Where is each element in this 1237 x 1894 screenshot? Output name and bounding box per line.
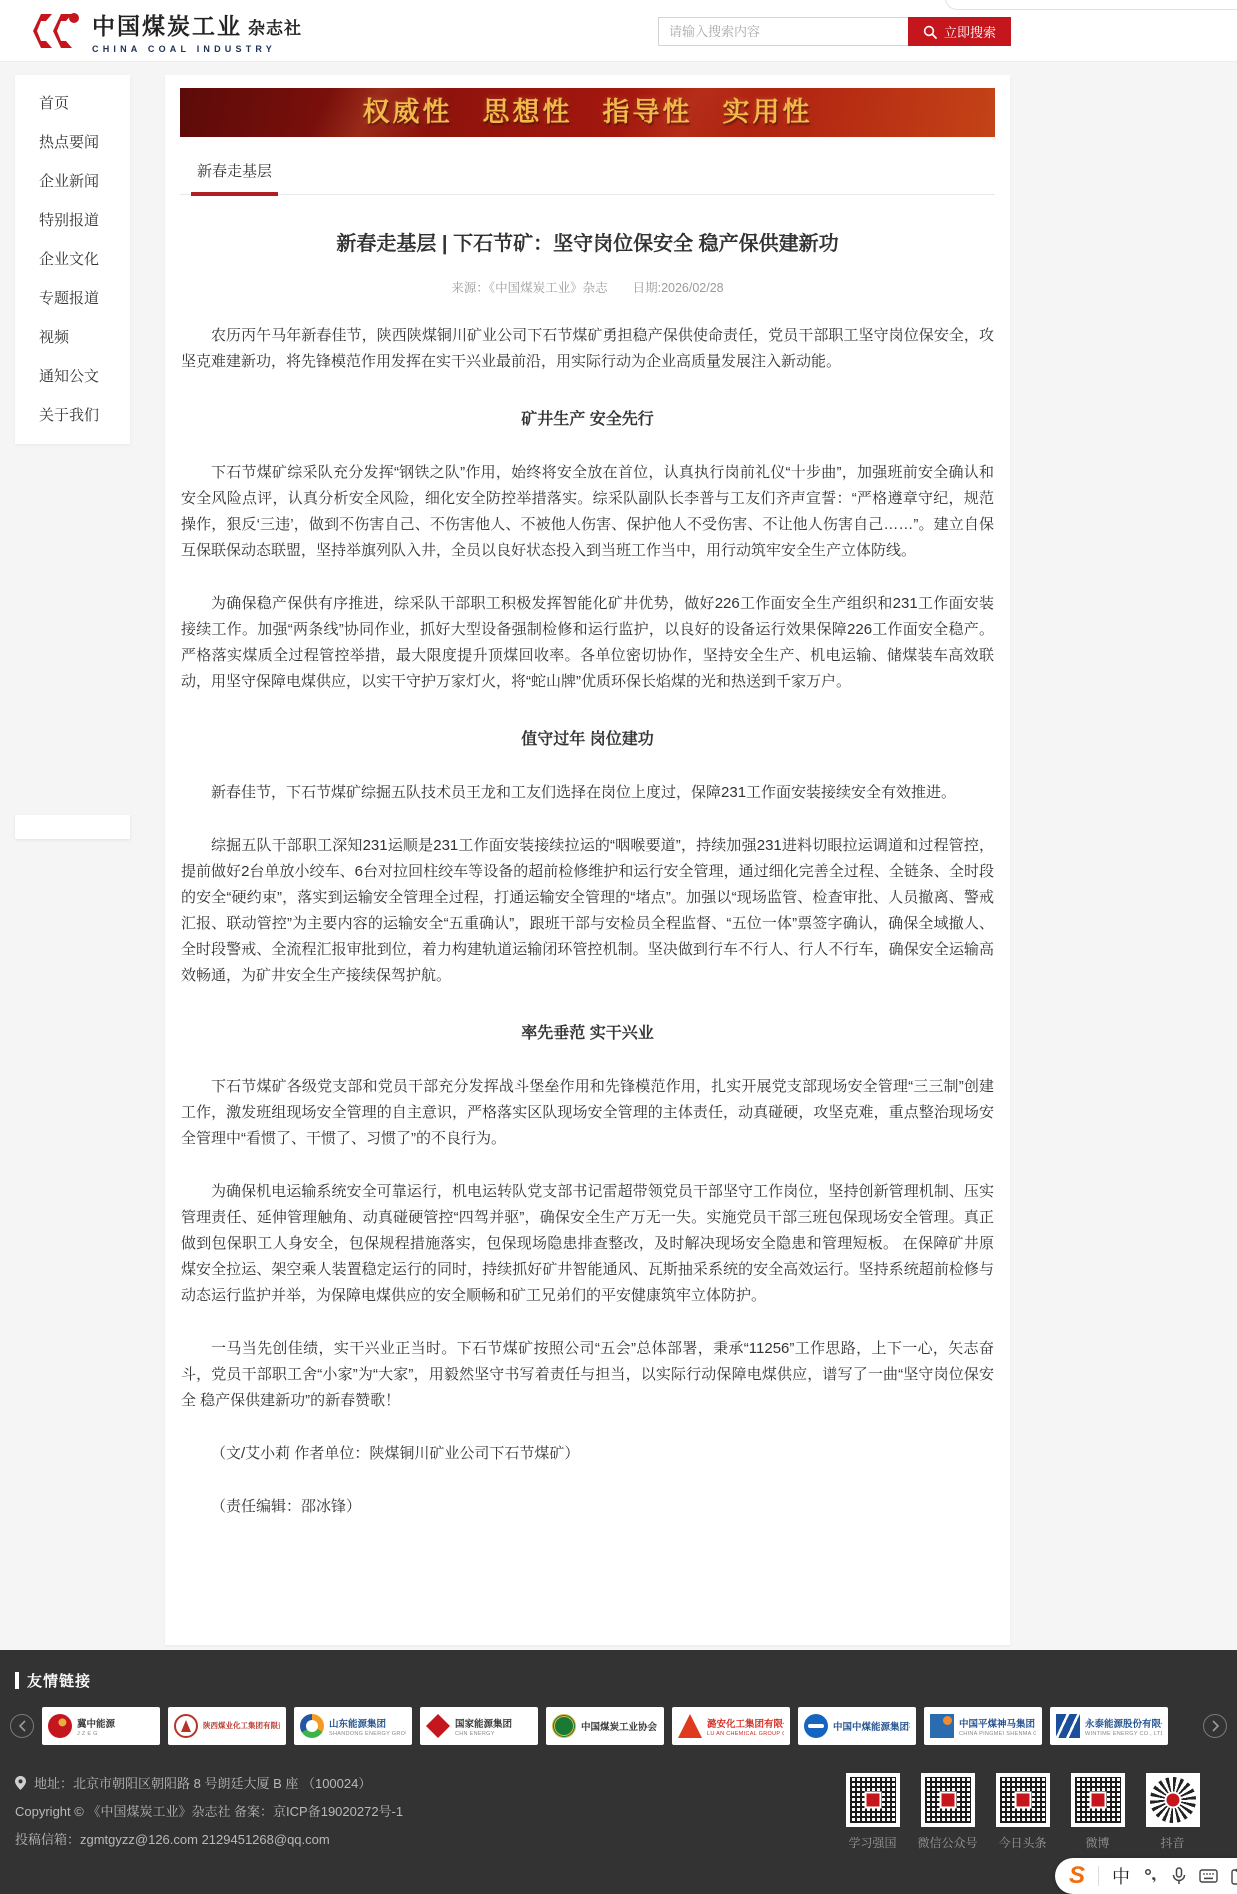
article-paragraph: 下石节煤矿综采队充分发挥“钢铁之队”作用，始终将安全放在首位，认真执行岗前礼仪“… [181, 460, 994, 564]
partner-link[interactable]: 永泰能源股份有限公司WINTIME ENERGY CO., LTD. [1050, 1707, 1168, 1745]
article-body: 农历丙午马年新春佳节，陕西陕煤铜川矿业公司下石节煤矿勇担稳产保供使命责任，党员干… [180, 323, 995, 1520]
location-pin-icon [15, 1776, 26, 1790]
wechat-official-qr-icon [921, 1773, 975, 1827]
article-paragraph: 为确保机电运输系统安全可靠运行，机电运转队党支部书记雷超带领党员干部坚守工作岗位… [181, 1179, 994, 1309]
ime-divider [1098, 1866, 1099, 1886]
banner-slogan: 权威性 思想性 指导性 实用性 [180, 88, 995, 137]
friend-links-title: 友情链接 [15, 1670, 1237, 1691]
weibo-qr-icon [1071, 1773, 1125, 1827]
wintime-energy-logo-icon [1056, 1714, 1080, 1738]
sidebar-item-home[interactable]: 首页 [15, 84, 130, 123]
partner-name-en: J Z E G [77, 1731, 115, 1737]
sidebar-item-enterprise-culture[interactable]: 企业文化 [15, 240, 130, 279]
toutiao-qr-icon [996, 1773, 1050, 1827]
footer-email-line: 投稿信箱：zgmtgyzz@126.com 2129451268@qq.com [15, 1829, 403, 1848]
article-paragraph: 下石节煤矿各级党支部和党员干部充分发挥战斗堡垒作用和先锋模范作用，扎实开展党支部… [181, 1074, 994, 1152]
category-tab-row: 新春走基层 [180, 143, 995, 195]
footer-bottom: 地址：北京市朝阳区朝阳路 8 号朗廷大厦 B 座 （100024） Copyri… [15, 1773, 1222, 1851]
logo-text: 中国煤炭工业 杂志社 CHINA COAL INDUSTRY [92, 8, 302, 54]
china-coal-group-logo-icon [804, 1714, 828, 1738]
pingmei-shenma-logo-icon [930, 1714, 954, 1738]
partner-link[interactable]: 国家能源集团CHN ENERGY [420, 1707, 538, 1745]
article-title: 新春走基层 | 下石节矿：坚守岗位保安全 稳产保供建新功 [180, 227, 995, 256]
page: 中国煤炭工业 杂志社 CHINA COAL INDUSTRY 立即搜索 首页 热… [0, 0, 1237, 1894]
article-paragraph: 一马当先创佳绩，实干兴业正当时。下石节煤矿按照公司“五会”总体部署，秉承“112… [181, 1336, 994, 1414]
logo-title: 中国煤炭工业 [92, 8, 242, 41]
douyin-qr-icon [1146, 1773, 1200, 1827]
partner-name-en: SHANDONG ENERGY GROUP [329, 1731, 406, 1737]
punctuation-toggle-icon[interactable] [1143, 1868, 1159, 1884]
footer-email: 投稿信箱：zgmtgyzz@126.com 2129451268@qq.com [15, 1829, 330, 1848]
tab-new-spring-grassroots[interactable]: 新春走基层 [194, 143, 275, 194]
logo-english: CHINA COAL INDUSTRY [92, 44, 302, 54]
sidebar-nav: 首页 热点要闻 企业新闻 特别报道 企业文化 专题报道 视频 通知公文 关于我们 [15, 75, 130, 444]
partner-carousel: 冀中能源J Z E G 陕西煤业化工集团有限责任公司 山东能源集团SHANDON… [10, 1707, 1227, 1745]
sidebar-item-special-report[interactable]: 特别报道 [15, 201, 130, 240]
qr-item: 微信公众号 [920, 1773, 975, 1851]
partner-name: 潞安化工集团有限公司 [707, 1716, 784, 1730]
article-paragraph: 综掘五队干部职工深知231运顺是231工作面安装接续拉运的“咽喉要道”，持续加强… [181, 833, 994, 989]
qr-label: 微博 [1085, 1834, 1109, 1851]
sidebar-item-notices[interactable]: 通知公文 [15, 357, 130, 396]
site-header: 中国煤炭工业 杂志社 CHINA COAL INDUSTRY 立即搜索 [0, 0, 1237, 62]
search-icon [923, 25, 937, 39]
section-heading: 值守过年 岗位建功 [181, 726, 994, 749]
section-heading: 率先垂范 实干兴业 [181, 1020, 994, 1043]
qr-label: 抖音 [1160, 1834, 1184, 1851]
site-footer: 友情链接 冀中能源J Z E G 陕西煤业化工集团有限责任公司 山东能源集团SH… [0, 1650, 1237, 1894]
qr-item: 微博 [1070, 1773, 1125, 1851]
article-card: 权威性 思想性 指导性 实用性 新春走基层 新春走基层 | 下石节矿：坚守岗位保… [165, 75, 1010, 1645]
footer-address: 地址：北京市朝阳区朝阳路 8 号朗廷大厦 B 座 （100024） [34, 1773, 371, 1792]
carousel-prev-button[interactable] [10, 1714, 34, 1738]
partner-name: 永泰能源股份有限公司 [1085, 1716, 1162, 1730]
partner-link[interactable]: 潞安化工集团有限公司LU AN CHEMICAL GROUP CO., LTD. [672, 1707, 790, 1745]
search-button[interactable]: 立即搜索 [908, 17, 1011, 46]
shaanxi-coal-logo-icon [174, 1714, 198, 1738]
article-editor: （责任编辑：邵冰锋） [181, 1494, 994, 1520]
floating-widget [15, 815, 130, 839]
partner-name-en: CHINA PINGMEI SHENMA GROUP [959, 1731, 1036, 1737]
sidebar-item-topic-report[interactable]: 专题报道 [15, 279, 130, 318]
partner-name: 山东能源集团 [329, 1716, 406, 1730]
coal-industry-logo-icon [30, 8, 82, 54]
banner-image: 权威性 思想性 指导性 实用性 [180, 88, 995, 137]
logo-subtitle: 杂志社 [248, 14, 302, 39]
partner-name: 中国平煤神马集团 [959, 1716, 1036, 1730]
footer-info: 地址：北京市朝阳区朝阳路 8 号朗廷大厦 B 座 （100024） Copyri… [15, 1773, 403, 1851]
footer-address-line: 地址：北京市朝阳区朝阳路 8 号朗廷大厦 B 座 （100024） [15, 1773, 403, 1792]
qr-item: 抖音 [1145, 1773, 1200, 1851]
qr-item: 今日头条 [995, 1773, 1050, 1851]
qr-code-row: 学习强国 微信公众号 今日头条 微博 抖音 [845, 1773, 1200, 1851]
partner-name-en: LU AN CHEMICAL GROUP CO., LTD. [707, 1731, 784, 1737]
sidebar-item-hot-news[interactable]: 热点要闻 [15, 123, 130, 162]
partner-name: 中国煤炭工业协会 [581, 1719, 657, 1733]
article-paragraph: 新春佳节，下石节煤矿综掘五队技术员王龙和工友们选择在岗位上度过，保障231工作面… [181, 780, 994, 806]
section-heading: 矿井生产 安全先行 [181, 406, 994, 429]
sidebar-item-about-us[interactable]: 关于我们 [15, 396, 130, 435]
search-input[interactable] [658, 17, 908, 46]
partner-link[interactable]: 中国中煤能源集团有限公司 [798, 1707, 916, 1745]
sogou-logo-icon[interactable]: S [1069, 1864, 1085, 1888]
article-paragraph: 为确保稳产保供有序推进，综采队干部职工积极发挥智能化矿井优势，做好226工作面安… [181, 591, 994, 695]
clipboard-icon[interactable] [1231, 1868, 1237, 1885]
partner-link[interactable]: 陕西煤业化工集团有限责任公司 [168, 1707, 286, 1745]
article-byline: （文/艾小莉 作者单位：陕煤铜川矿业公司下石节煤矿） [181, 1441, 994, 1467]
partner-link[interactable]: 中国煤炭工业协会 [546, 1707, 664, 1745]
chn-energy-logo-icon [426, 1714, 450, 1738]
qr-label: 今日头条 [998, 1834, 1046, 1851]
partner-name: 陕西煤业化工集团有限责任公司 [203, 1720, 280, 1731]
sidebar-item-video[interactable]: 视频 [15, 318, 130, 357]
friend-links-label: 友情链接 [27, 1670, 91, 1691]
ime-toolbar: S 中 [1055, 1858, 1237, 1894]
chevron-left-icon [18, 1720, 27, 1732]
xuexi-qiangguo-qr-icon [846, 1773, 900, 1827]
partner-link[interactable]: 中国平煤神马集团CHINA PINGMEI SHENMA GROUP [924, 1707, 1042, 1745]
carousel-next-button[interactable] [1203, 1714, 1227, 1738]
shandong-energy-logo-icon [300, 1714, 324, 1738]
ime-language-toggle[interactable]: 中 [1112, 1863, 1130, 1889]
qr-label: 微信公众号 [918, 1834, 978, 1851]
partner-name: 国家能源集团 [455, 1716, 512, 1730]
footer-copyright-line: Copyright © 《中国煤炭工业》杂志社 备案：京ICP备19020272… [15, 1801, 403, 1820]
sidebar-item-enterprise-news[interactable]: 企业新闻 [15, 162, 130, 201]
footer-copyright: Copyright © 《中国煤炭工业》杂志社 备案：京ICP备19020272… [15, 1801, 403, 1820]
site-logo[interactable]: 中国煤炭工业 杂志社 CHINA COAL INDUSTRY [30, 8, 302, 54]
coal-association-logo-icon [552, 1714, 576, 1738]
partner-link[interactable]: 冀中能源J Z E G [42, 1707, 160, 1745]
partner-name: 冀中能源 [77, 1716, 115, 1730]
partner-name-en: WINTIME ENERGY CO., LTD. [1085, 1731, 1162, 1737]
partner-link[interactable]: 山东能源集团SHANDONG ENERGY GROUP [294, 1707, 412, 1745]
chevron-right-icon [1211, 1720, 1220, 1732]
article-paragraph: 农历丙午马年新春佳节，陕西陕煤铜川矿业公司下石节煤矿勇担稳产保供使命责任，党员干… [181, 323, 994, 375]
luan-chemical-logo-icon [678, 1714, 702, 1738]
jzeg-logo-icon [48, 1714, 72, 1738]
search-bar: 立即搜索 [658, 17, 1011, 46]
microphone-icon[interactable] [1172, 1867, 1186, 1885]
partner-name-en: CHN ENERGY [455, 1731, 512, 1737]
keyboard-icon[interactable] [1199, 1869, 1218, 1883]
partner-name: 中国中煤能源集团有限公司 [833, 1719, 910, 1733]
qr-item: 学习强国 [845, 1773, 900, 1851]
title-accent-bar [15, 1672, 19, 1689]
browser-popup-edge [945, 0, 1237, 10]
article-meta: 来源：《中国煤炭工业》杂志 日期:2026/02/28 [180, 278, 995, 296]
search-button-label: 立即搜索 [944, 22, 996, 41]
qr-label: 学习强国 [848, 1834, 896, 1851]
